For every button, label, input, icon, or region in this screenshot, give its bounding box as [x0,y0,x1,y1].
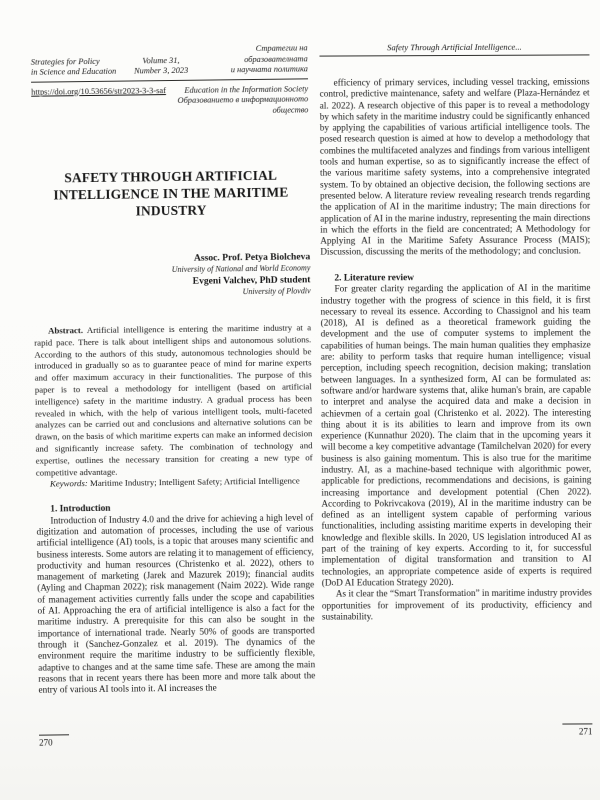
page-number-right: 271 [562,723,592,736]
series-name-en: Education in the Information Society [184,84,308,95]
left-page: Strategies for Policy in Science and Edu… [31,43,317,766]
running-head: Safety Through Artificial Intelligence..… [319,41,589,56]
scanned-paper-spread: Strategies for Policy in Science and Edu… [0,0,600,800]
volume-info: Volume 31, Number 3, 2023 [125,55,197,77]
introduction-paragraph: Introduction of Industry 4.0 and the dri… [36,513,315,697]
page-number-left: 270 [39,734,69,747]
paper-title-line2: INTELLIGENCE IN THE MARITIME INDUSTRY [32,183,309,220]
journal-header: Strategies for Policy in Science and Edu… [31,43,308,78]
journal-name-en-line2: in Science and Education [31,67,125,79]
abstract-label: Abstract. [48,325,83,335]
journal-name-bg-line2: и научната политика [197,64,308,76]
header-rule [31,78,308,82]
body-paragraph: As it clear the “Smart Transformation” i… [322,589,592,624]
abstract: Abstract. Artificial intelligence is ent… [34,322,313,479]
author-affiliation: University of Plovdiv [34,286,311,300]
paper-title: SAFETY THROUGH ARTIFICIAL INTELLIGENCE I… [32,166,310,220]
body-paragraph: efficiency of primary services, includin… [320,77,591,259]
body-paragraph: For greater clarity regarding the applic… [320,284,591,590]
right-page-body: efficiency of primary services, includin… [320,77,592,623]
author-block: Assoc. Prof. Petya Biolcheva University … [33,251,311,299]
keywords-text: Maritime Industry; Intelligent Safety; A… [88,476,300,489]
doi-series-row: https://doi.org/10.53656/str2023-3-3-saf… [31,84,308,119]
page-number-value: 270 [39,738,53,748]
keywords: Keywords: Maritime Industry; Intelligent… [36,476,313,491]
journal-name-bg-line1: Стратегии на образователната [197,43,308,65]
keywords-label: Keywords: [50,478,88,488]
journal-name-en: Strategies for Policy in Science and Edu… [31,56,125,78]
volume-line2: Number 3, 2023 [125,66,197,77]
series-name: Education in the Information Society Обр… [166,84,309,117]
abstract-text: Artificial intelligence is entering the … [34,322,313,477]
right-page: Safety Through Artificial Intelligence..… [319,41,592,772]
journal-name-bg: Стратегии на образователната и научната … [197,43,308,76]
series-name-bg: Образованието в информационното общество [178,94,309,114]
doi-link: https://doi.org/10.53656/str2023-3-3-saf [31,86,166,98]
page-number-value: 271 [579,726,593,736]
